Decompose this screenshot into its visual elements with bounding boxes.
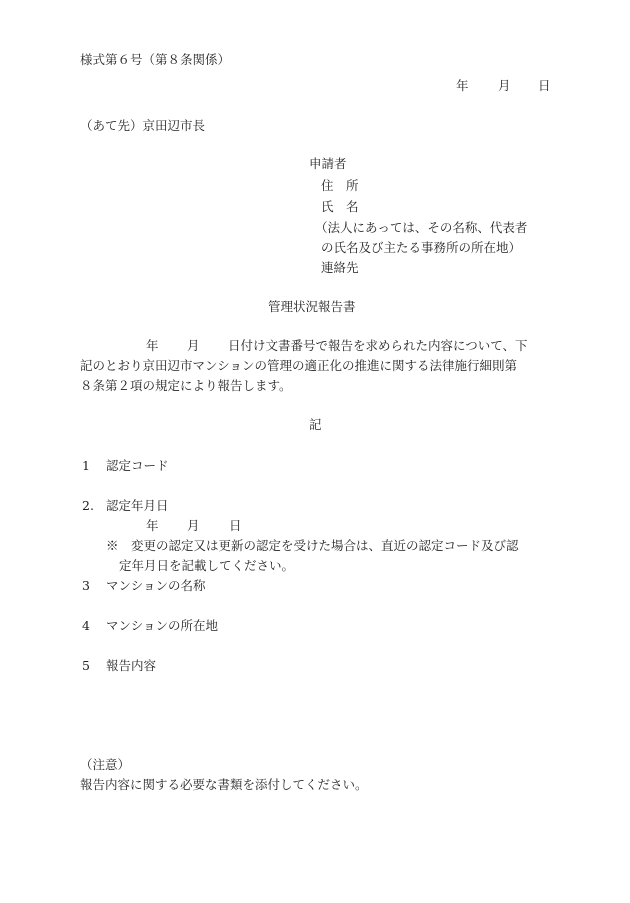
item-2-note-2: 定年月日を記載してください。 bbox=[119, 558, 294, 574]
addressee: （あて先）京田辺市長 bbox=[80, 118, 205, 134]
date-year: 年 bbox=[456, 78, 469, 94]
item-2-note-1: ※ 変更の認定又は更新の認定を受けた場合は、直近の認定コード及び認 bbox=[106, 538, 519, 554]
body-line1: 日付け文書番号で報告を求められた内容について、下 bbox=[228, 338, 528, 354]
date-day: 日 bbox=[538, 78, 551, 94]
item-5-label: 報告内容 bbox=[106, 658, 156, 674]
date-month: 月 bbox=[498, 78, 511, 94]
applicant-address: 住 所 bbox=[321, 178, 359, 194]
item-2-year: 年 bbox=[146, 518, 159, 534]
caution-label: （注意） bbox=[80, 757, 130, 773]
applicant-name: 氏 名 bbox=[321, 199, 359, 215]
item-5-num: 5 bbox=[82, 658, 90, 674]
item-2-month: 月 bbox=[187, 518, 200, 534]
item-2-num: 2. bbox=[82, 498, 94, 514]
applicant-note-2: の氏名及び主たる事務所の所在地） bbox=[321, 240, 521, 256]
item-1-label: 認定コード bbox=[106, 458, 169, 474]
item-3-num: 3 bbox=[82, 578, 90, 594]
body-line3: ８条第２項の規定により報告します。 bbox=[80, 378, 292, 394]
applicant-contact: 連絡先 bbox=[321, 260, 359, 276]
item-2-label: 認定年月日 bbox=[106, 498, 169, 514]
item-4-label: マンションの所在地 bbox=[106, 618, 218, 634]
document-title: 管理状況報告書 bbox=[268, 299, 356, 315]
item-2-day: 日 bbox=[229, 518, 242, 534]
item-4-num: 4 bbox=[82, 618, 90, 634]
applicant-note-1: （法人にあっては、その名称、代表者 bbox=[315, 220, 527, 236]
item-3-label: マンションの名称 bbox=[106, 578, 205, 594]
form-number: 様式第６号（第８条関係） bbox=[80, 52, 230, 68]
body-line2: 記のとおり京田辺市マンションの管理の適正化の推進に関する法律施行細則第 bbox=[80, 358, 517, 374]
item-1-num: 1 bbox=[82, 458, 90, 474]
caution-text: 報告内容に関する必要な書類を添付してください。 bbox=[80, 777, 368, 793]
body-month: 月 bbox=[187, 338, 200, 354]
ki-heading: 記 bbox=[309, 417, 322, 433]
body-year: 年 bbox=[146, 338, 159, 354]
applicant-label: 申請者 bbox=[309, 156, 347, 172]
